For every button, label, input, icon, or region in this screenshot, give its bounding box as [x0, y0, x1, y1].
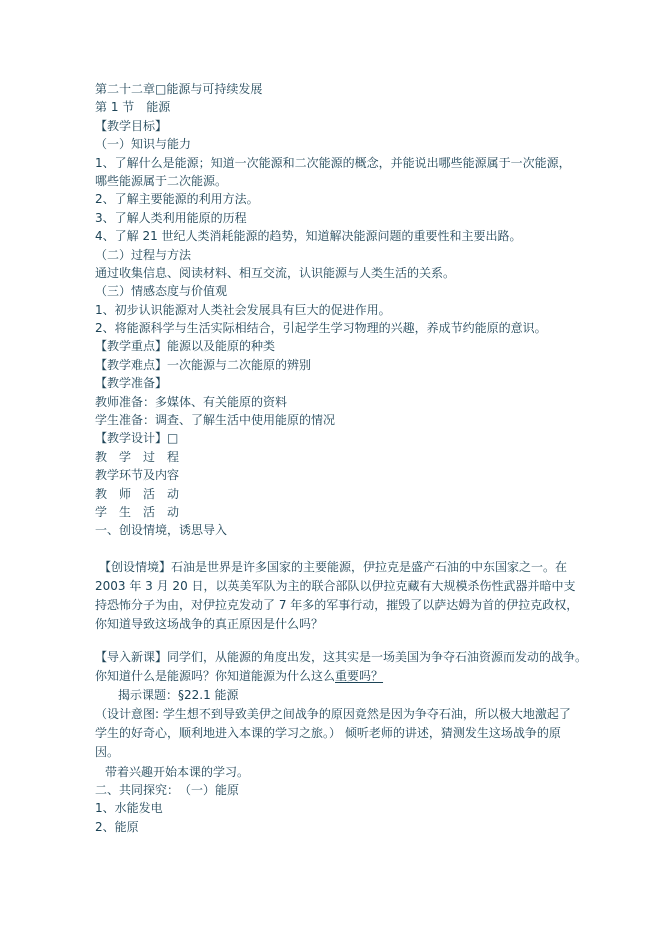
- design-intent-line-2: 学生的好奇心，顺利地进入本课的学习之旅。） 倾听老师的讲述，猜测发生这场战争的原: [95, 724, 595, 743]
- objective-knowledge-2: 2、了解主要能源的利用方法。: [95, 190, 595, 208]
- lead-in-paragraph-line-1: 【导入新课】同学们，从能源的角度出发，这其实是一场美国为争夺石油资源而发动的战争…: [95, 648, 595, 667]
- student-activity-label: 学 生 活 动: [95, 503, 595, 521]
- objective-affect-1: 1、初步认识能源对人类社会发展具有巨大的促进作用。: [95, 301, 595, 319]
- document-page: 第二十二章□能源与可持续发展 第 1 节 能源 【教学目标】 （一）知识与能力 …: [0, 0, 661, 935]
- chapter-title: 第二十二章□能源与可持续发展: [95, 80, 595, 98]
- document-content: 第二十二章□能源与可持续发展 第 1 节 能源 【教学目标】 （一）知识与能力 …: [95, 80, 595, 836]
- teacher-preparation-line: 教师准备：多媒体、有关能原的资料: [95, 393, 595, 411]
- design-intent-line-3: 因。: [95, 743, 595, 762]
- blank-line: [95, 635, 595, 648]
- objective-affect-2: 2、将能源科学与生活实际相结合，引起学生学习物理的兴趣，养成节约能原的意识。: [95, 319, 595, 337]
- objective-knowledge-3: 3、了解人类利用能原的历程: [95, 209, 595, 227]
- scenario-paragraph-line-2: 2003 年 3 月 20 日，以英美军队为主的联合部队以伊拉克藏有大规模杀伤性…: [95, 577, 595, 596]
- scenario-paragraph-line-4: 你知道导致这场战争的真正原因是什么吗？: [95, 615, 595, 634]
- topic-reveal-line: 揭示课题：§22.1 能源: [95, 686, 595, 705]
- teaching-objectives-heading: 【教学目标】: [95, 117, 595, 135]
- lead-in-text: 你知道什么是能源吗？你知道能源为什么这么: [95, 669, 335, 683]
- explore-item-2: 2、能原: [95, 818, 595, 836]
- interest-line: 带着兴趣开始本课的学习。: [95, 763, 595, 781]
- teaching-design-heading: 【教学设计】□: [95, 429, 595, 447]
- objective-process-1: 通过收集信息、阅读材料、相互交流，认识能源与人类生活的关系。: [95, 264, 595, 282]
- step-two-heading: 二、共同探究： （一）能原: [95, 781, 595, 799]
- lead-in-underlined-text: 重要吗？: [335, 669, 383, 683]
- step-one-heading: 一、创设情境，诱思导入: [95, 521, 595, 539]
- objective-knowledge-1a: 1、了解什么是能源；知道一次能源和二次能源的概念，并能说出哪些能源属于一次能源，: [95, 154, 595, 172]
- stage-content-label: 教学环节及内容: [95, 466, 595, 484]
- teaching-preparation-heading: 【教学准备】: [95, 374, 595, 392]
- explore-item-1: 1、水能发电: [95, 799, 595, 817]
- teaching-difficulty-line: 【教学难点】一次能源与二次能原的辨别: [95, 356, 595, 374]
- scenario-paragraph-line-3: 持恐怖分子为由，对伊拉克发动了 7 年多的军事行动，摧毁了以萨达姆为首的伊拉克政…: [95, 596, 595, 615]
- objectives-process-heading: （二）过程与方法: [95, 246, 595, 264]
- lesson-title: 第 1 节 能源: [95, 98, 595, 116]
- lead-in-paragraph-line-2: 你知道什么是能源吗？你知道能源为什么这么重要吗？: [95, 667, 595, 686]
- teacher-activity-label: 教 师 活 动: [95, 485, 595, 503]
- design-intent-line-1: （设计意图: 学生想不到导致美伊之间战争的原因竟然是因为争夺石油，所以极大地激起…: [95, 705, 595, 724]
- objectives-knowledge-heading: （一）知识与能力: [95, 135, 595, 153]
- scenario-paragraph-line-1: 【创设情境】石油是世界是许多国家的主要能源，伊拉克是盛产石油的中东国家之一。在: [95, 558, 595, 577]
- objectives-affect-heading: （三）情感态度与价值观: [95, 282, 595, 300]
- student-preparation-line: 学生准备：调查、了解生活中使用能原的情况: [95, 411, 595, 429]
- teaching-focus-line: 【教学重点】能源以及能原的种类: [95, 337, 595, 355]
- blank-line: [95, 540, 595, 558]
- teaching-process-heading: 教 学 过 程: [95, 448, 595, 466]
- objective-knowledge-1b: 哪些能源属于二次能源。: [95, 172, 595, 190]
- objective-knowledge-4: 4、了解 21 世纪人类消耗能源的趋势，知道解决能源问题的重要性和主要出路。: [95, 227, 595, 245]
